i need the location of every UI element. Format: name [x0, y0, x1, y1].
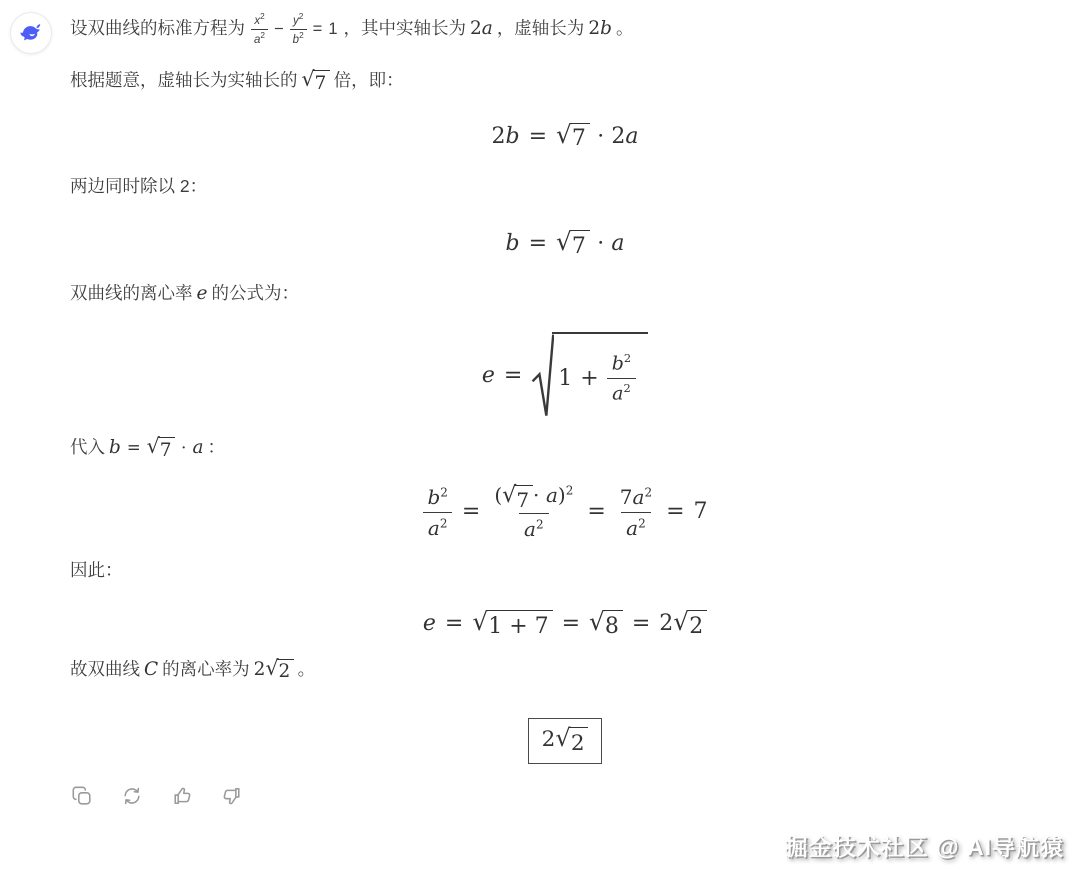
- math-var: a: [633, 485, 645, 509]
- denominator: a2: [621, 512, 651, 540]
- exponent: 2: [260, 31, 265, 40]
- math-var: C: [144, 659, 158, 680]
- paragraph-eccentricity-intro: 双曲线的离心率e的公式为：: [70, 280, 1060, 309]
- radicand: 7: [570, 230, 590, 257]
- math-num: 1: [328, 17, 337, 43]
- inline-sqrt-7: √7: [302, 70, 330, 91]
- exponent: 2: [299, 31, 304, 40]
- numerator: b2: [422, 485, 452, 512]
- fraction-sqrt7a-squared: (√7⋅ a)2a2: [489, 483, 578, 541]
- copy-button[interactable]: [70, 784, 93, 807]
- math-var: a: [611, 231, 624, 256]
- paragraph-conclusion: 故双曲线C的离心率为2√2。: [70, 656, 1060, 685]
- numerator: b2: [607, 352, 636, 378]
- equals-sign: =: [529, 124, 547, 149]
- deepseek-whale-icon: [18, 20, 45, 47]
- equation-e-result: e=√1 + 7=√8=2√2: [70, 610, 1060, 637]
- equals-sign: =: [127, 438, 141, 457]
- math-var: a: [625, 124, 638, 149]
- numerator: y2: [290, 12, 306, 29]
- sqrt-expression: √7: [556, 230, 590, 257]
- math-num: 7: [620, 485, 633, 509]
- math-var: a: [546, 483, 558, 507]
- denominator: a2: [251, 29, 268, 47]
- exponent: 2: [440, 485, 448, 499]
- math-var: a: [482, 18, 493, 39]
- regenerate-icon: [121, 785, 143, 807]
- big-sqrt-expression: 1+b2a2: [531, 332, 648, 420]
- fraction-7a2-a2: 7a2a2: [615, 485, 657, 540]
- exponent: 2: [260, 12, 265, 21]
- final-answer-box: 2√2: [528, 718, 603, 764]
- thumbs-up-button[interactable]: [170, 784, 193, 807]
- math-num: 2: [254, 659, 266, 680]
- dot-operator: ⋅: [533, 483, 540, 507]
- radicand: 1 + 7: [486, 610, 553, 637]
- denominator: a2: [519, 513, 549, 541]
- numerator: x2: [251, 12, 267, 29]
- math-var: a: [524, 517, 536, 541]
- math-var: a: [626, 516, 638, 540]
- chat-response-page: 设双曲线的标准方程为x2a2−y2b2=1，其中实轴长为2a，虚轴长为2b。 根…: [0, 0, 1080, 870]
- sqrt-expression: √7: [302, 70, 330, 93]
- sqrt-expression: √8: [589, 610, 623, 637]
- radicand: 7: [313, 70, 330, 93]
- text: 根据题意，虚轴长为实轴长的: [70, 70, 298, 90]
- equals-sign: =: [445, 611, 463, 636]
- radicand: 7: [514, 485, 532, 510]
- sqrt-expression: √2: [265, 659, 293, 682]
- paragraph-condition: 根据题意，虚轴长为实轴长的√7倍，即：: [70, 67, 1060, 96]
- sqrt-expression: √1 + 7: [472, 610, 552, 637]
- math-num: 2: [588, 18, 600, 39]
- message-actions: [70, 784, 1060, 807]
- math-num: 1: [558, 366, 572, 391]
- math-var: b: [612, 352, 624, 374]
- equation-2b-equals-sqrt7-2a: 2b=√7⋅2a: [70, 123, 1060, 150]
- math-var: b: [427, 485, 440, 509]
- text: 。: [616, 18, 634, 38]
- text: 的离心率为: [162, 659, 250, 679]
- radicand: 7: [158, 437, 175, 460]
- assistant-avatar: [10, 12, 52, 54]
- inline-math-b-eq-sqrt7a: b=√7⋅a: [109, 437, 204, 458]
- equals-sign: =: [462, 499, 480, 524]
- math-var: b: [109, 437, 121, 458]
- exponent: 2: [638, 516, 646, 530]
- text: 的公式为：: [211, 283, 299, 303]
- denominator: a2: [607, 378, 636, 405]
- regenerate-button[interactable]: [120, 784, 143, 807]
- exponent: 2: [299, 12, 304, 21]
- thumbs-down-icon: [221, 785, 243, 807]
- sqrt-expression: √2: [555, 727, 588, 754]
- inline-math-2b: 2b: [588, 18, 612, 39]
- math-var: e: [197, 283, 208, 304]
- radical-sign: [531, 332, 554, 420]
- text: 代入: [70, 437, 105, 457]
- math-var: e: [482, 363, 495, 388]
- radicand: 2: [277, 659, 294, 682]
- equation-b-equals-sqrt7-a: b=√7⋅a: [70, 230, 1060, 257]
- math-num: 7: [694, 499, 708, 524]
- math-num: 2: [611, 124, 625, 149]
- exponent: 2: [440, 516, 448, 530]
- equals-sign: =: [632, 611, 650, 636]
- paragraph-divide: 两边同时除以 2：: [70, 173, 1060, 200]
- paren: ): [558, 483, 566, 507]
- equation-eccentricity-formula: e=1+b2a2: [70, 332, 1060, 420]
- inline-math-2a: 2a: [470, 18, 493, 39]
- sqrt-expression: √7: [556, 123, 590, 150]
- fraction-b2-a2: b2a2: [422, 485, 452, 540]
- assistant-message: 设双曲线的标准方程为x2a2−y2b2=1，其中实轴长为2a，虚轴长为2b。 根…: [0, 0, 1080, 807]
- math-var: b: [505, 231, 519, 256]
- dot-operator: ⋅: [597, 124, 605, 149]
- math-num: 2: [470, 18, 482, 39]
- paragraph-substitute: 代入b=√7⋅a：: [70, 434, 1060, 463]
- sqrt-expression: √2: [673, 610, 707, 637]
- equation-substitution: b2a2=(√7⋅ a)2a2=7a2a2=7: [70, 483, 1060, 541]
- math-num: 2: [659, 611, 673, 636]
- equals-sign: =: [666, 499, 684, 524]
- math-num: 2: [542, 727, 556, 752]
- watermark: 掘金技术社区 @ AI导航猿: [785, 829, 1064, 862]
- sqrt-expression: √7: [147, 437, 175, 460]
- math-var: b: [600, 18, 612, 39]
- radicand: 1+b2a2: [552, 332, 648, 420]
- message-content: 设双曲线的标准方程为x2a2−y2b2=1，其中实轴长为2a，虚轴长为2b。 根…: [52, 12, 1060, 807]
- equals-sign: =: [562, 611, 580, 636]
- text: 倍，即：: [334, 70, 404, 90]
- exponent: 2: [566, 483, 574, 497]
- text: 双曲线的离心率: [70, 283, 193, 303]
- numerator: (√7⋅ a)2: [489, 483, 578, 513]
- math-var: e: [423, 611, 436, 636]
- exponent: 2: [623, 381, 630, 395]
- fraction-x2-a2: x2a2: [251, 12, 268, 47]
- thumbs-up-icon: [171, 785, 193, 807]
- minus-sign: −: [274, 17, 284, 43]
- radicand: 7: [570, 123, 590, 150]
- fraction-y2-b2: y2b2: [290, 12, 307, 47]
- copy-icon: [71, 785, 93, 807]
- text: ，虚轴长为: [497, 18, 585, 38]
- inline-math-C: C: [144, 659, 158, 680]
- equals-sign: =: [587, 499, 605, 524]
- inline-math-2sqrt2: 2√2: [254, 659, 294, 680]
- text: ，其中实轴长为: [344, 18, 467, 38]
- math-var: a: [612, 382, 623, 404]
- equals-sign: =: [529, 231, 547, 256]
- radicand: 2: [687, 610, 707, 637]
- final-answer-line: 2√2: [70, 718, 1060, 764]
- equals-sign: =: [313, 17, 323, 43]
- text: 因此：: [70, 560, 123, 580]
- equals-sign: =: [504, 363, 522, 388]
- text: 设双曲线的标准方程为: [70, 18, 245, 38]
- math-var: a: [192, 437, 203, 458]
- denominator: b2: [290, 29, 307, 47]
- text: 故双曲线: [70, 659, 140, 679]
- exponent: 2: [644, 485, 652, 499]
- paragraph-setup: 设双曲线的标准方程为x2a2−y2b2=1，其中实轴长为2a，虚轴长为2b。: [70, 12, 1060, 47]
- math-num: 2: [491, 124, 505, 149]
- dot-operator: ⋅: [597, 231, 605, 256]
- math-var: a: [428, 516, 440, 540]
- paragraph-therefore: 因此：: [70, 557, 1060, 584]
- plus-sign: +: [580, 366, 598, 391]
- math-var: b: [505, 124, 519, 149]
- inline-math-e: e: [197, 283, 208, 304]
- text: 两边同时除以 2：: [70, 176, 207, 196]
- dot-operator: ⋅: [181, 438, 187, 457]
- text: 。: [298, 659, 316, 679]
- inline-equation-standard-form: x2a2−y2b2=1: [251, 12, 338, 47]
- radicand: 2: [569, 727, 589, 754]
- thumbs-down-button[interactable]: [220, 784, 243, 807]
- exponent: 2: [624, 351, 631, 365]
- numerator: 7a2: [615, 485, 657, 512]
- radicand: 8: [603, 610, 623, 637]
- fraction-b2-a2: b2a2: [607, 352, 636, 405]
- denominator: a2: [423, 512, 453, 540]
- paren: (: [494, 483, 502, 507]
- exponent: 2: [536, 517, 544, 531]
- sqrt-expression: √7: [502, 485, 533, 510]
- text: ：: [208, 437, 226, 457]
